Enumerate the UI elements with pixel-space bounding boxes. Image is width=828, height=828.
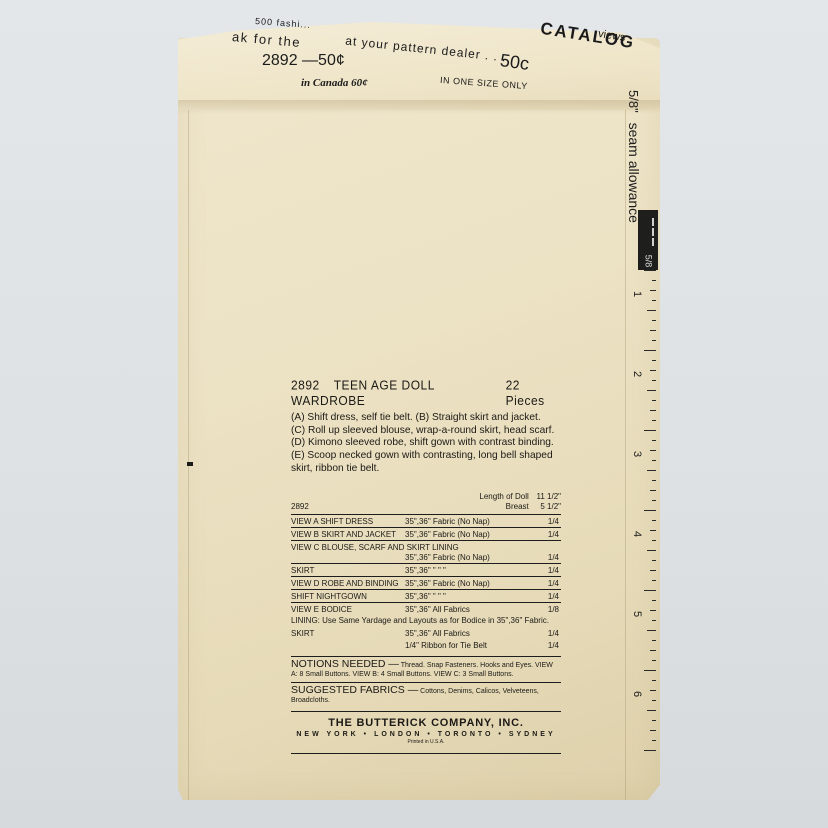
yardage-fabric: 35",36" Fabric (No Nap)	[405, 530, 490, 539]
ruler-tick	[647, 630, 656, 631]
yardage-view: VIEW C BLOUSE, SCARF AND SKIRT LINING	[291, 543, 459, 552]
ruler-tick	[652, 540, 656, 541]
spec-pattern-number: 2892	[291, 502, 309, 511]
ruler-tick	[652, 500, 656, 501]
pattern-info: 2892TEEN AGE DOLL WARDROBE 22 Pieces (A)…	[291, 379, 561, 754]
yardage-view: VIEW B SKIRT AND JACKET	[291, 530, 396, 539]
ruler-tick	[650, 530, 656, 531]
yardage-yardage: 1/4	[548, 641, 559, 650]
ruler-tick	[650, 370, 656, 371]
yardage-view: VIEW A SHIFT DRESS	[291, 517, 373, 526]
yardage-view: VIEW E BODICE	[291, 605, 352, 614]
ruler-tick	[652, 700, 656, 701]
ruler-inch-number: 3	[631, 451, 643, 457]
yardage-yardage: 1/4	[548, 553, 559, 562]
black-mark	[187, 462, 193, 466]
ruler-tick	[644, 510, 656, 511]
ruler-tick	[652, 340, 656, 341]
company-cities: NEW YORK • LONDON • TORONTO • SYDNEY	[291, 731, 561, 738]
yardage-row: SHIFT NIGHTGOWN35",36" " " "1/4	[291, 589, 561, 602]
yardage-yardage: 1/4	[548, 530, 559, 539]
measure-label: Breast	[506, 502, 529, 511]
description-line: (E) Scoop necked gown with contrasting, …	[291, 450, 561, 475]
flap-shadow	[178, 100, 660, 114]
yardage-fabric: 1/4" Ribbon for Tie Belt	[405, 641, 487, 650]
yardage-view: VIEW D ROBE AND BINDING	[291, 579, 399, 588]
ruler-tick	[652, 480, 656, 481]
yardage-row: VIEW C BLOUSE, SCARF AND SKIRT LINING35"…	[291, 540, 561, 563]
catalog-ad-line-1: 500 fashi...	[255, 16, 312, 30]
ruler-tick	[652, 400, 656, 401]
yardage-view: SHIFT NIGHTGOWN	[291, 592, 367, 601]
yardage-row: 1/4" Ribbon for Tie Belt1/4	[291, 639, 561, 651]
ruler-tick	[650, 690, 656, 691]
seam-label-text: seam allowance	[626, 123, 642, 223]
yardage-table-continued: SKIRT35",36" All Fabrics1/41/4" Ribbon f…	[291, 627, 561, 651]
ruler-tick	[652, 360, 656, 361]
ruler-inch-number: 4	[631, 531, 643, 537]
ruler-tick	[652, 600, 656, 601]
ruler-tick	[652, 560, 656, 561]
seam-fraction: 5/8"	[626, 90, 641, 113]
yardage-yardage: 1/4	[548, 629, 559, 638]
ruler-tick	[644, 270, 656, 271]
yardage-table: VIEW A SHIFT DRESS35",36" Fabric (No Nap…	[291, 514, 561, 615]
ruler-tick	[644, 750, 656, 751]
yardage-row: VIEW A SHIFT DRESS35",36" Fabric (No Nap…	[291, 514, 561, 527]
ruler-tick	[652, 660, 656, 661]
measure-value: 11 1/2"	[531, 492, 561, 502]
yardage-row: VIEW D ROBE AND BINDING35",36" Fabric (N…	[291, 576, 561, 589]
ruler-tick	[650, 450, 656, 451]
ruler-tick	[644, 350, 656, 351]
yardage-row: SKIRT35",36" All Fabrics1/4	[291, 627, 561, 639]
ruler-tick	[652, 440, 656, 441]
measure-value: 5 1/2"	[531, 502, 561, 512]
yardage-row: SKIRT35",36" " " "1/4	[291, 563, 561, 576]
ruler-tick	[650, 290, 656, 291]
printed-in: Printed in U.S.A.	[291, 739, 561, 745]
ruler-tick	[652, 680, 656, 681]
pattern-number: 2892	[291, 378, 320, 393]
yardage-fabric: 35",36" " " "	[405, 566, 446, 575]
spec-header: 2892 Length of Doll 11 1/2" Breast 5 1/2…	[291, 492, 561, 514]
ruler-tick	[647, 550, 656, 551]
ruler-tick	[644, 670, 656, 671]
ruler-tick	[652, 460, 656, 461]
yardage-fabric: 35",36" " " "	[405, 592, 446, 601]
pattern-title: 2892TEEN AGE DOLL WARDROBE	[291, 378, 506, 409]
description-line: (A) Shift dress, self tie belt. (B) Stra…	[291, 412, 561, 425]
ruler-tick	[647, 310, 656, 311]
envelope-fold-line	[188, 110, 189, 800]
ruler-tick	[652, 300, 656, 301]
ruler-tick	[652, 740, 656, 741]
inch-ruler: 123456	[640, 270, 658, 760]
ruler-tick	[650, 330, 656, 331]
suggested-fabrics: SUGGESTED FABRICS — Cottons, Denims, Cal…	[291, 682, 561, 705]
ruler-tick	[650, 570, 656, 571]
measure-label: Length of Doll	[479, 492, 528, 501]
ruler-tick	[652, 580, 656, 581]
ruler-tick	[650, 650, 656, 651]
company-block: THE BUTTERICK COMPANY, INC. NEW YORK • L…	[291, 711, 561, 745]
yardage-row: VIEW B SKIRT AND JACKET35",36" Fabric (N…	[291, 527, 561, 540]
ruler-inch-number: 6	[631, 691, 643, 697]
seam-allowance-label: 5/8" seam allowance	[626, 90, 642, 223]
ruler-tick	[650, 610, 656, 611]
lining-note: LINING: Use Same Yardage and Layouts as …	[291, 616, 561, 627]
pattern-description: (A) Shift dress, self tie belt. (B) Stra…	[291, 412, 561, 476]
yardage-fabric: 35",36" Fabric (No Nap)	[405, 517, 490, 526]
ruler-inch-number: 2	[631, 371, 643, 377]
yardage-yardage: 1/8	[548, 605, 559, 614]
ruler-tick	[652, 520, 656, 521]
ruler-tick	[644, 430, 656, 431]
yardage-view: SKIRT	[291, 566, 314, 575]
ruler-tick	[652, 380, 656, 381]
yardage-fabric: 35",36" All Fabrics	[405, 629, 470, 638]
ruler-tick	[652, 720, 656, 721]
yardage-yardage: 1/4	[548, 566, 559, 575]
ruler-inch-number: 5	[631, 611, 643, 617]
fabrics-heading: SUGGESTED FABRICS —	[291, 684, 418, 696]
pattern-pieces: 22 Pieces	[506, 378, 561, 409]
description-line: (C) Roll up sleeved blouse, wrap-a-round…	[291, 425, 561, 438]
notions-heading: NOTIONS NEEDED —	[291, 658, 399, 670]
canada-price: in Canada 60¢	[301, 77, 368, 89]
ruler-inch-number: 1	[631, 291, 643, 297]
pattern-price: 2892 —50¢	[262, 52, 345, 70]
ruler-tick	[647, 470, 656, 471]
yardage-fabric: 35",36" Fabric (No Nap)	[405, 579, 490, 588]
yardage-fabric: 35",36" Fabric (No Nap)	[405, 553, 490, 562]
yardage-yardage: 1/4	[548, 517, 559, 526]
ruler-tick	[647, 710, 656, 711]
ruler-tick	[650, 730, 656, 731]
ruler-tick	[652, 620, 656, 621]
dark-fraction: 5/8	[643, 255, 653, 268]
ruler-tick	[650, 410, 656, 411]
ruler-tick	[647, 390, 656, 391]
pattern-title-row: 2892TEEN AGE DOLL WARDROBE 22 Pieces	[291, 378, 561, 409]
ruler-seam-block: 5/8	[638, 210, 658, 270]
ruler-tick	[652, 280, 656, 281]
ruler-tick	[652, 420, 656, 421]
bottom-rule	[291, 753, 561, 754]
ruler-tick	[652, 320, 656, 321]
yardage-row: VIEW E BODICE35",36" All Fabrics1/8	[291, 602, 561, 615]
doll-measurements: Length of Doll 11 1/2" Breast 5 1/2"	[479, 492, 561, 512]
company-name: THE BUTTERICK COMPANY, INC.	[291, 717, 561, 729]
notions-needed: NOTIONS NEEDED — Thread. Snap Fasteners.…	[291, 656, 561, 679]
ruler-tick	[652, 640, 656, 641]
description-line: (D) Kimono sleeved robe, shift gown with…	[291, 437, 561, 450]
yardage-yardage: 1/4	[548, 579, 559, 588]
ruler-tick	[644, 590, 656, 591]
yardage-view: SKIRT	[291, 629, 314, 638]
catalog-price: 50c	[499, 50, 531, 75]
yardage-fabric: 35",36" All Fabrics	[405, 605, 470, 614]
yardage-yardage: 1/4	[548, 592, 559, 601]
ruler-tick	[650, 490, 656, 491]
